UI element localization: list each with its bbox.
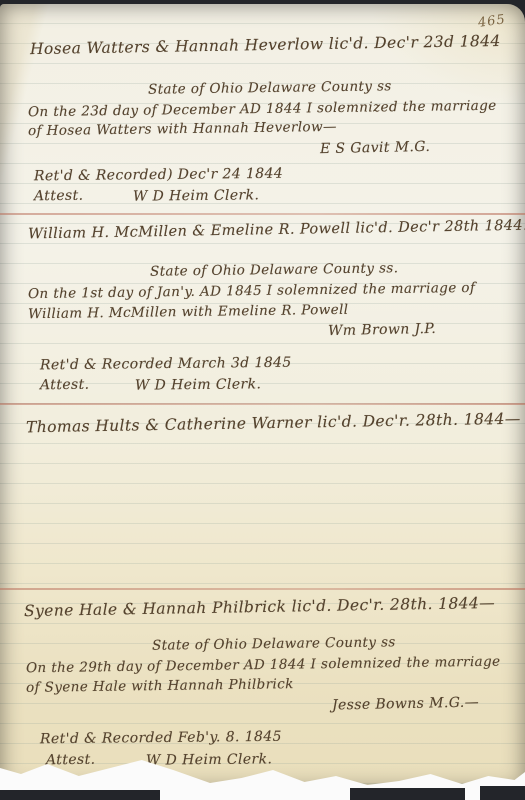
certificate-line: On the 29th day of December AD 1844 I so… — [26, 654, 501, 677]
recorded-line: Ret'd & Recorded Feb'y. 8. 1845 — [40, 729, 282, 748]
state-county-line: State of Ohio Delaware County ss — [152, 634, 396, 653]
certificate-line: William H. McMillen with Emeline R. Powe… — [28, 302, 349, 322]
certificate-line: of Hosea Watters with Hannah Heverlow— — [28, 119, 337, 139]
entry-divider — [0, 588, 525, 590]
entry-divider — [0, 403, 525, 405]
recorded-line: Ret'd & Recorded March 3d 1845 — [40, 355, 292, 374]
torn-edge-shadow — [350, 788, 465, 800]
page-number: 465 — [477, 12, 507, 31]
ledger-page: 465 Hosea Watters & Hannah Heverlow lic'… — [0, 4, 525, 790]
certificate-line: On the 23d day of December AD 1844 I sol… — [28, 98, 497, 121]
torn-edge-shadow — [480, 786, 525, 800]
minister-signature: Jesse Bowns M.G.— — [332, 694, 479, 713]
entry-header: Syene Hale & Hannah Philbrick lic'd. Dec… — [24, 594, 495, 620]
attest-label: Attest. — [46, 752, 96, 769]
clerk-signature: W D Heim Clerk. — [135, 376, 261, 393]
minister-signature: E S Gavit M.G. — [320, 139, 431, 157]
entry-header: William H. McMillen & Emeline R. Powell … — [28, 218, 525, 243]
recorded-line: Ret'd & Recorded) Dec'r 24 1844 — [34, 166, 283, 185]
state-county-line: State of Ohio Delaware County ss. — [150, 260, 399, 279]
clerk-signature: W D Heim Clerk. — [133, 187, 259, 204]
attest-label: Attest. — [34, 188, 84, 205]
state-county-line: State of Ohio Delaware County ss — [148, 78, 392, 97]
attest-label: Attest. — [40, 377, 90, 394]
clerk-signature: W D Heim Clerk. — [146, 751, 272, 768]
certificate-line: of Syene Hale with Hannah Philbrick — [26, 676, 294, 696]
entry-divider — [0, 213, 525, 215]
torn-edge-shadow — [0, 790, 160, 800]
certificate-line: On the 1st day of Jan'y. AD 1845 I solem… — [28, 280, 475, 302]
entry-header: Hosea Watters & Hannah Heverlow lic'd. D… — [30, 32, 501, 58]
minister-signature: Wm Brown J.P. — [328, 321, 436, 339]
ink-bleed-through — [119, 474, 125, 490]
scanned-photo: 465 Hosea Watters & Hannah Heverlow lic'… — [0, 0, 525, 800]
entry-header: Thomas Hults & Catherine Warner lic'd. D… — [26, 410, 521, 437]
torn-edge-gap — [200, 780, 340, 800]
